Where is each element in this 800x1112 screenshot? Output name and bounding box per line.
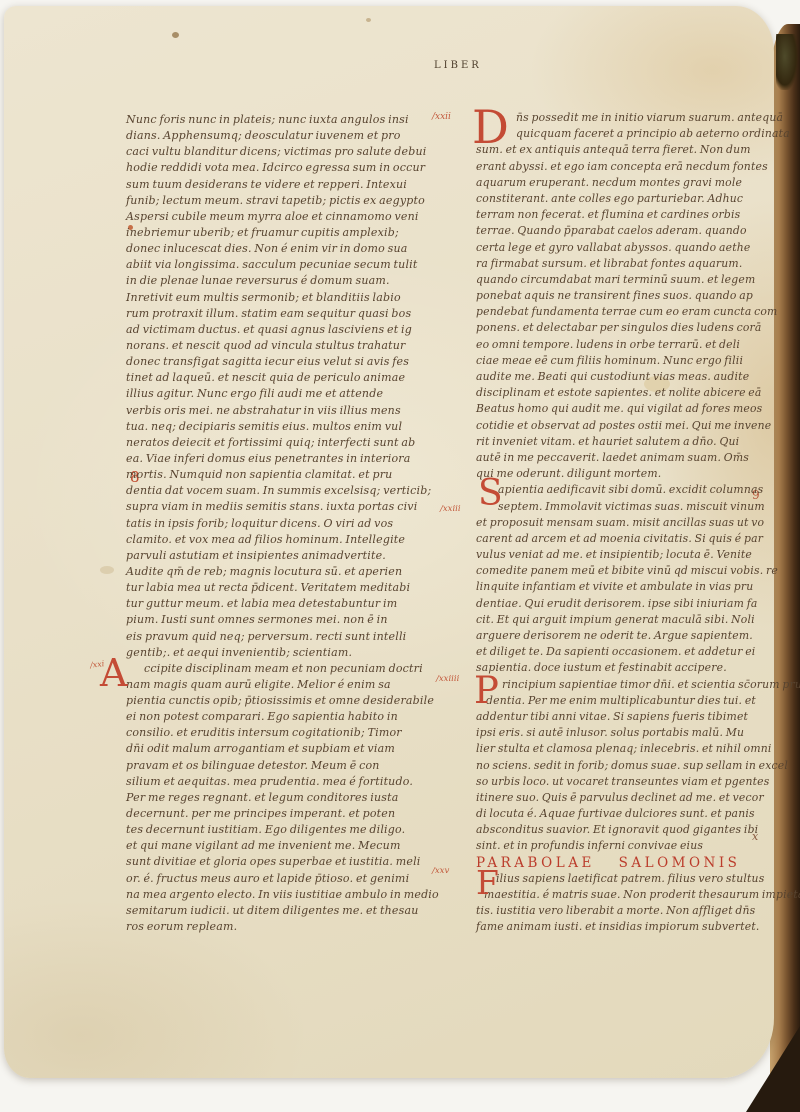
text-line: itinere suo. Quis ē parvulus declinet ad… (476, 790, 768, 806)
drop-cap-initial-a: A (100, 654, 128, 692)
text-line: Inretivit eum multis sermonib; et blandi… (126, 290, 438, 306)
text-line: sum. et ex antiquis antequā terra fieret… (476, 142, 768, 158)
text-line: pravam et os bilinguae detestor. Meum ē … (126, 758, 438, 774)
text-line: ponebat aquis ne transirent fines suos. … (476, 288, 768, 304)
text-line: cotidie et observat ad postes ostii mei.… (476, 418, 768, 434)
text-line: pium. Iusti sunt omnes sermones mei. non… (126, 612, 438, 628)
drop-cap-initial-f: F (476, 866, 499, 899)
text-line: audite me. Beati qui custodiunt vias mea… (476, 369, 768, 385)
text-line: Nunc foris nunc in plateis; nunc iuxta a… (126, 112, 438, 128)
text-line: Beatus homo qui audit me. qui vigilat ad… (476, 401, 768, 417)
text-line: sum tuum desiderans te videre et repperi… (126, 177, 438, 193)
text-line: dentiae. Qui erudit derisorem. ipse sibi… (476, 596, 768, 612)
text-line: inebriemur uberib; et fruamur cupitis am… (126, 225, 438, 241)
text-line: quando circumdabat mari terminū suum. et… (476, 272, 768, 288)
text-line: aquarum eruperant. necdum montes gravi m… (476, 175, 768, 191)
text-line: vulus veniat ad me. et insipientib; locu… (476, 547, 768, 563)
text-line: ra firmabat sursum. et librabat fontes a… (476, 256, 768, 272)
text-line: sapientia. doce iustum et festinabit acc… (476, 660, 768, 676)
text-line: erant abyssi. et ego iam concepta erā ne… (476, 159, 768, 175)
text-line: verbis oris mei. ne abstrahatur in viis … (126, 403, 438, 419)
text-lines-right: n̄s possedit me in initio viarum suarum.… (476, 110, 768, 936)
text-line: decernunt. per me principes imperant. et… (126, 806, 438, 822)
text-line: tis. iustitia vero liberabit a morte. No… (476, 903, 768, 919)
text-line: et qui mane vigilant ad me invenient me.… (126, 838, 438, 854)
text-line: constiterant. ante colles ego parturieba… (476, 191, 768, 207)
text-line: in die plenae lunae reversurus é domum s… (126, 273, 438, 289)
text-line: arguere derisorem ne oderit te. Argue sa… (476, 628, 768, 644)
margin-capitulum-xxiiii: /xxiiii (436, 674, 459, 684)
text-line: sunt divitiae et gloria opes superbae et… (126, 854, 438, 870)
text-line: linquite infantiam et vivite et ambulate… (476, 579, 768, 595)
manuscript-photo: LIBER /xxii 8 /xxiii /xxi /xxiiii 9 /xxv… (0, 0, 800, 1112)
text-line: Audite qm̄ de reb; magnis locutura sū. e… (126, 564, 438, 580)
parchment-stain (366, 18, 371, 22)
text-line: ciae meae eē cum filiis hominum. Nunc er… (476, 353, 768, 369)
text-line: et proposuit mensam suam. misit ancillas… (476, 515, 768, 531)
text-line: carent ad arcem et ad moenia civitatis. … (476, 531, 768, 547)
text-line: ccipite disciplinam meam et non pecuniam… (126, 661, 438, 677)
text-line: maestitia. é matris suae. Non proderit t… (476, 887, 768, 903)
text-line: hodie reddidi vota mea. Idcirco egressa … (126, 160, 438, 176)
parchment-stain (100, 566, 114, 574)
text-line: supra viam in mediis semitis stans. iuxt… (126, 499, 438, 515)
text-line: consilio. et eruditis intersum cogitatio… (126, 725, 438, 741)
rubric-title: PARABOLAE SALOMONIS (476, 855, 768, 871)
text-line: certa lege et gyro vallabat abyssos. qua… (476, 240, 768, 256)
text-line: semitarum iudicii. ut ditem diligentes m… (126, 903, 438, 919)
text-line: ad victimam ductus. et quasi agnus lasci… (126, 322, 438, 338)
text-lines-left: Nunc foris nunc in plateis; nunc iuxta a… (126, 112, 438, 935)
text-line: or. é. fructus meus auro et lapide p̄tio… (126, 871, 438, 887)
text-line: comedite panem meū et bibite vinū qd mis… (476, 563, 768, 579)
text-line: na mea argento electo. In viis iustitiae… (126, 887, 438, 903)
text-line: Aspersi cubile meum myrra aloe et cinnam… (126, 209, 438, 225)
text-column-right: D S P F n̄s possedit me in initio viarum… (476, 110, 768, 936)
text-line: tatis in ipsis forib; loquitur dicens. O… (126, 516, 438, 532)
text-line: rincipium sapientiae timor dn̄i. et scie… (476, 677, 768, 693)
text-line: septem. Immolavit victimas suas. miscuit… (476, 499, 768, 515)
text-line: terrae. Quando p̄parabat caelos aderam. … (476, 223, 768, 239)
text-line: addentur tibi anni vitae. Si sapiens fue… (476, 709, 768, 725)
text-line: nam magis quam aurū eligite. Melior é en… (126, 677, 438, 693)
fore-edge-blotch (776, 34, 798, 90)
margin-capitulum-xxiii: /xxiii (440, 504, 461, 514)
text-line: so urbis loco. ut vocaret transeuntes vi… (476, 774, 768, 790)
text-line: ros eorum repleam. (126, 919, 438, 935)
text-line: donec inlucescat dies. Non é enim vir in… (126, 241, 438, 257)
drop-cap-initial-d: D (472, 104, 509, 150)
text-line: donec transfigat sagitta iecur eius velu… (126, 354, 438, 370)
text-line: silium et aequitas. mea prudentia. mea é… (126, 774, 438, 790)
text-line: dn̄i odit malum arrogantiam et supbiam e… (126, 741, 438, 757)
text-line: gentib;. et aequi invenientib; scientiam… (126, 645, 438, 661)
text-line: tur labia mea ut recta p̄dicent. Veritat… (126, 580, 438, 596)
text-line: lier stulta et clamosa plenaq; inlecebri… (476, 741, 768, 757)
text-line: ilius sapiens laetificat patrem. filius … (476, 871, 768, 887)
text-line: rum protraxit illum. statim eam sequitur… (126, 306, 438, 322)
text-line: terram non fecerat. et flumina et cardin… (476, 207, 768, 223)
text-line: autē in me peccaverit. laedet animam sua… (476, 450, 768, 466)
text-line: ipsi eris. si autē inlusor. solus portab… (476, 725, 768, 741)
text-line: apientia aedificavit sibi domū. excidit … (476, 482, 768, 498)
drop-cap-initial-s: S (478, 476, 503, 512)
text-line: di locuta é. Aquae furtivae dulciores su… (476, 806, 768, 822)
text-line: et diliget te. Da sapienti occasionem. e… (476, 644, 768, 660)
text-line: ea. Viae inferi domus eius penetrantes i… (126, 451, 438, 467)
text-line: no sciens. sedit in forib; domus suae. s… (476, 758, 768, 774)
drop-cap-initial-p: P (474, 672, 499, 709)
text-line: tinet ad laqueū. et nescit quia de peric… (126, 370, 438, 386)
text-line: ei non potest comparari. Ego sapientia h… (126, 709, 438, 725)
text-line: dentia dat vocem suam. In summis excelsi… (126, 483, 438, 499)
text-line: pientia cunctis opib; p̄tiosissimis et o… (126, 693, 438, 709)
text-line: eo omni tempore. ludens in orbe terrarū.… (476, 337, 768, 353)
text-line: funib; lectum meum. stravi tapetib; pict… (126, 193, 438, 209)
text-line: pendebat fundamenta terrae cum eo eram c… (476, 304, 768, 320)
text-line: rit inveniet vitam. et hauriet salutem a… (476, 434, 768, 450)
text-line: dians. Apphensumq; deosculatur iuvenem e… (126, 128, 438, 144)
text-line: illius agitur. Nunc ergo fili audi me et… (126, 386, 438, 402)
text-line: Per me reges regnant. et legum conditore… (126, 790, 438, 806)
text-line: n̄s possedit me in initio viarum suarum.… (476, 110, 768, 126)
text-line: dentia. Per me enim multiplicabuntur die… (476, 693, 768, 709)
text-line: tur guttur meum. et labia mea detestabun… (126, 596, 438, 612)
text-line: clamito. et vox mea ad filios hominum. I… (126, 532, 438, 548)
text-line: norans. et nescit quod ad vincula stultu… (126, 338, 438, 354)
text-column-left: A Nunc foris nunc in plateis; nunc iuxta… (126, 112, 438, 935)
text-line: tua. neq; decipiaris semitis eius. multo… (126, 419, 438, 435)
text-line: fame animam iusti. et insidias impiorum … (476, 919, 768, 935)
text-line: cit. Et qui arguit impium generat maculā… (476, 612, 768, 628)
parchment-stain (172, 32, 179, 38)
text-line: ponens. et delectabar per singulos dies … (476, 320, 768, 336)
manuscript-page: LIBER /xxii 8 /xxiii /xxi /xxiiii 9 /xxv… (4, 6, 774, 1078)
text-line: neratos deiecit et fortissimi quiq; inte… (126, 435, 438, 451)
text-line: absconditus suavior. Et ignoravit quod g… (476, 822, 768, 838)
text-line: qui me oderunt. diligunt mortem. (476, 466, 768, 482)
text-line: abiit via longissima. sacculum pecuniae … (126, 257, 438, 273)
text-line: eis pravum quid neq; perversum. recti su… (126, 629, 438, 645)
text-line: quicquam faceret a principio ab aeterno … (476, 126, 768, 142)
text-line: caci vultu blanditur dicens; victimas pr… (126, 144, 438, 160)
running-title: LIBER (434, 60, 482, 71)
text-line: mortis. Numquid non sapientia clamitat. … (126, 467, 438, 483)
text-line: disciplinam et estote sapientes. et noli… (476, 385, 768, 401)
text-line: sint. et in profundis inferni convivae e… (476, 838, 768, 854)
text-line: tes decernunt iustitiam. Ego diligentes … (126, 822, 438, 838)
text-line: parvuli astutiam et insipientes animadve… (126, 548, 438, 564)
